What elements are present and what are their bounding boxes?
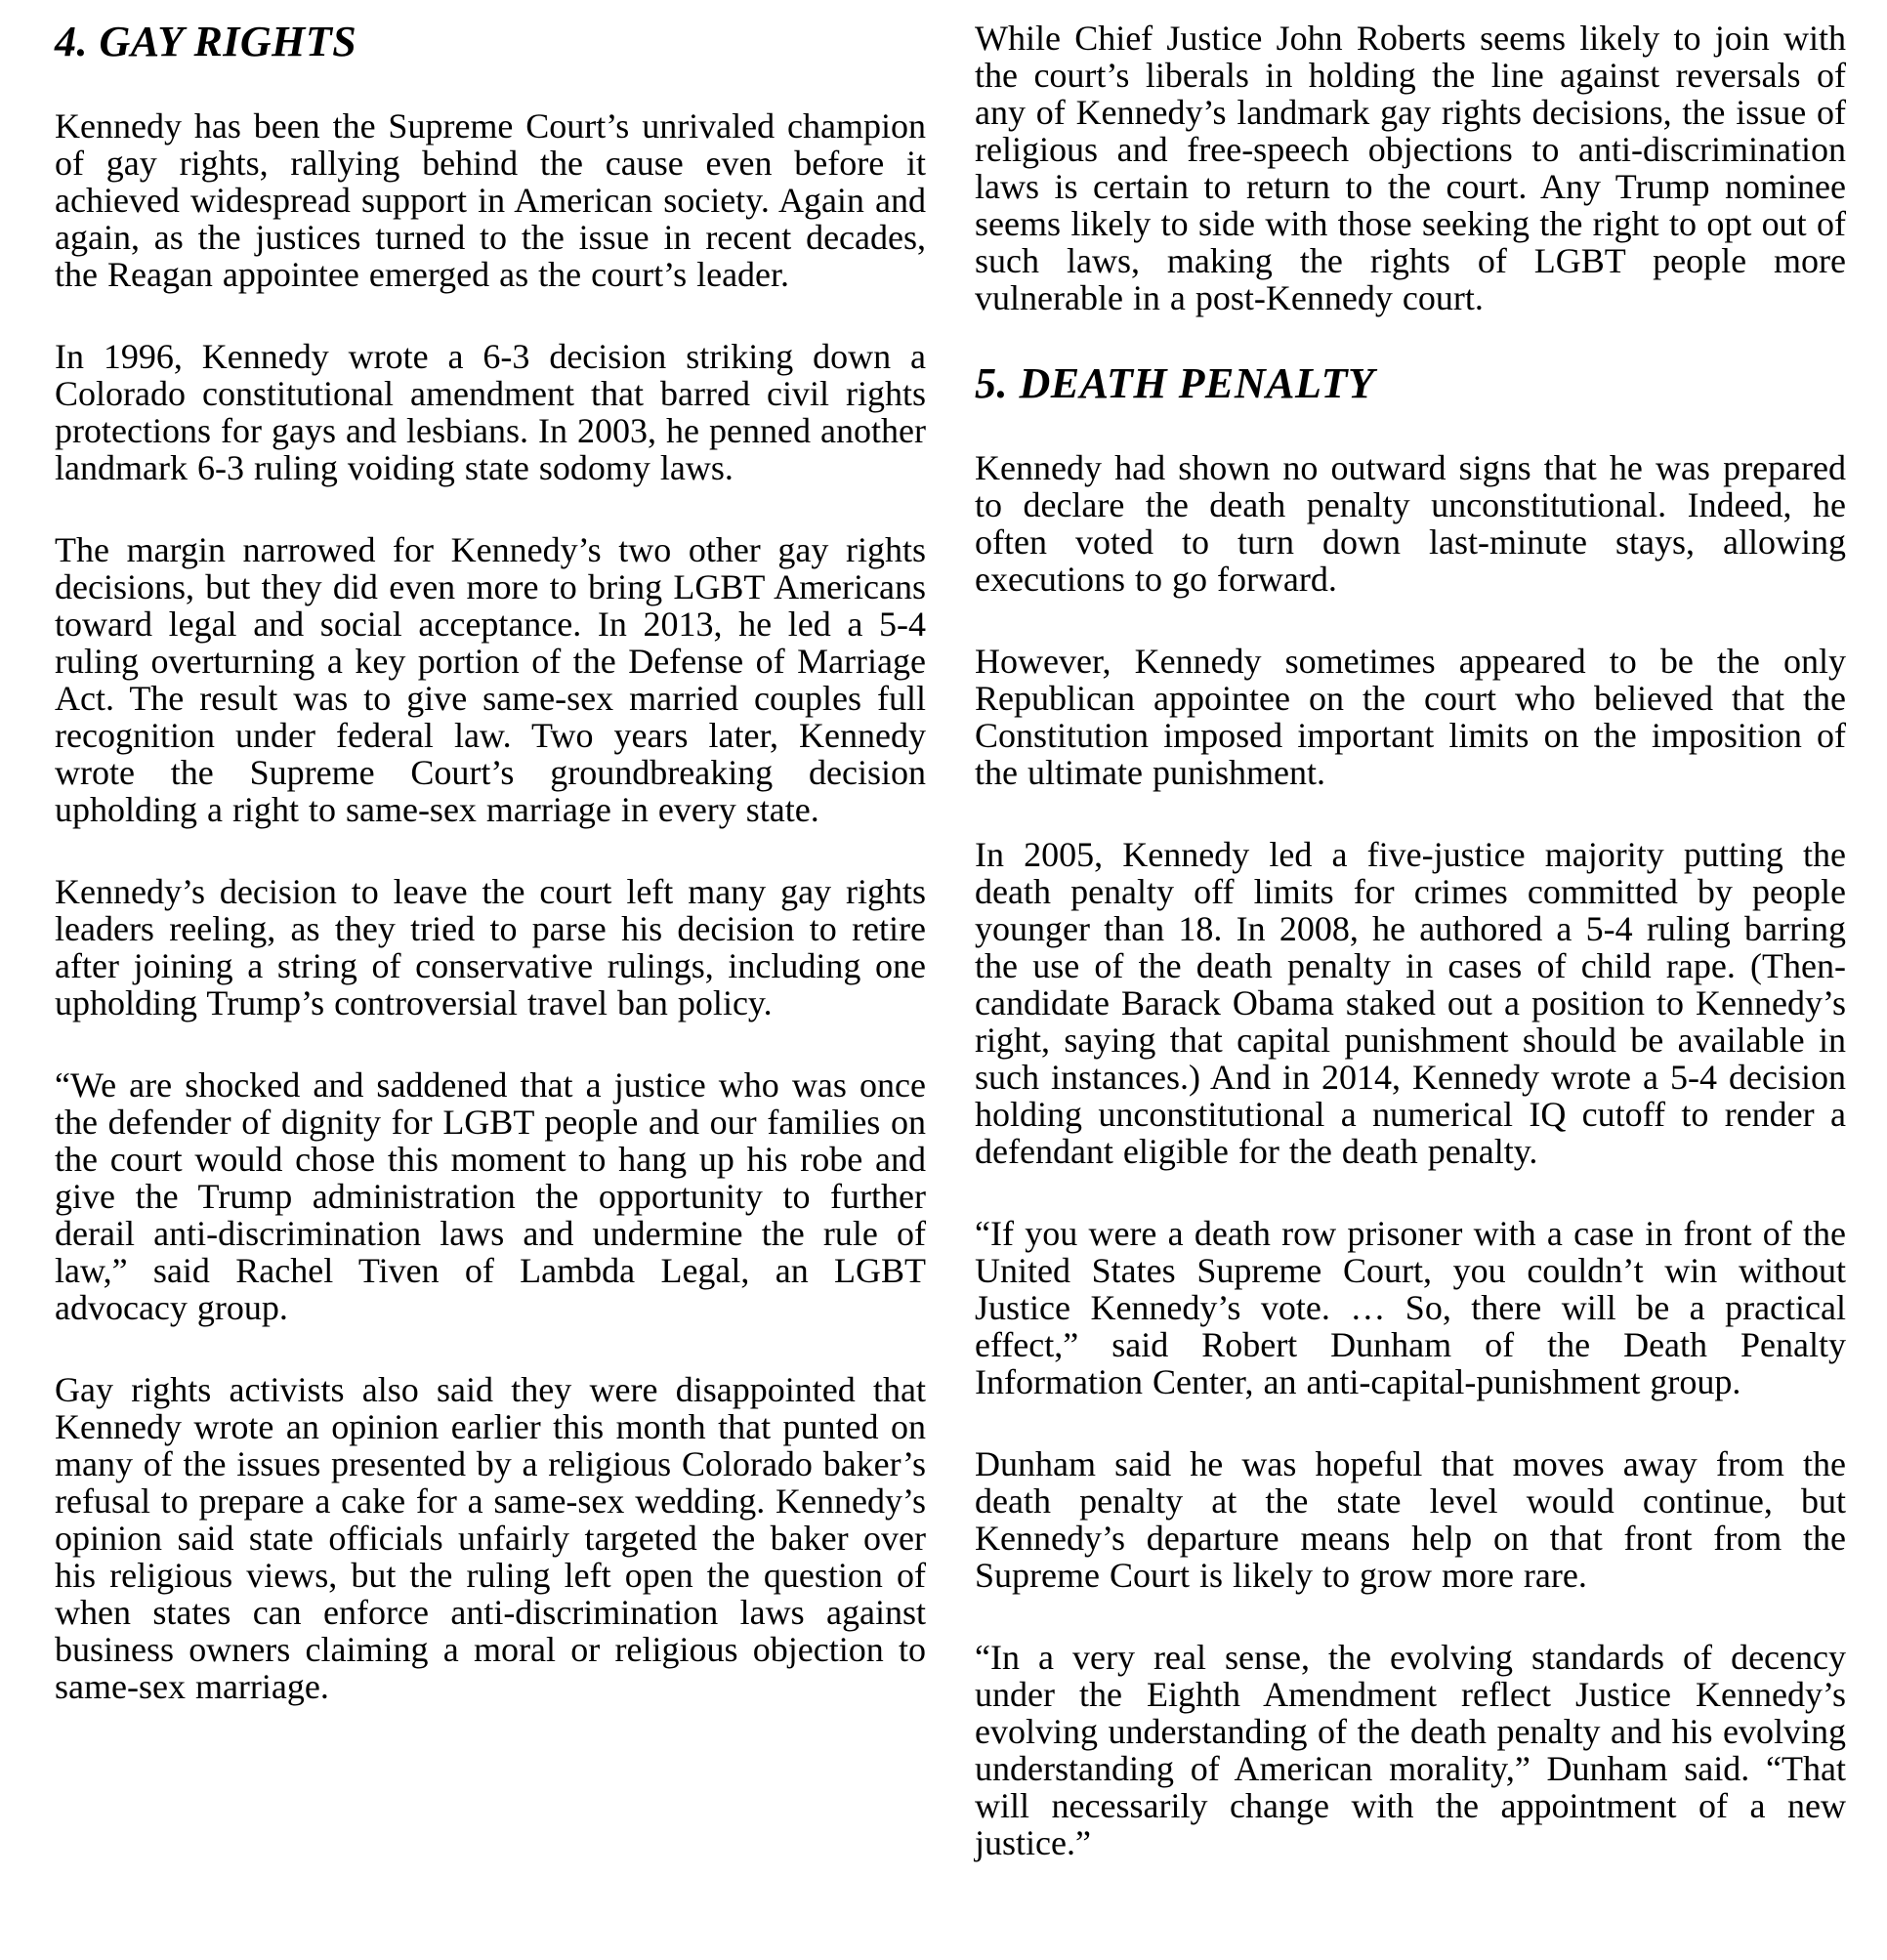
paragraph-death-penalty-5: Dunham said he was hopeful that moves aw… [975,1445,1846,1594]
article-page: 4. GAY RIGHTS Kennedy has been the Supre… [0,0,1887,1960]
paragraph-gay-rights-6: Gay rights activists also said they were… [55,1371,926,1705]
paragraph-gay-rights-2: In 1996, Kennedy wrote a 6-3 decision st… [55,338,926,486]
paragraph-death-penalty-3: In 2005, Kennedy led a five-justice majo… [975,836,1846,1170]
paragraph-gay-rights-3: The margin narrowed for Kennedy’s two ot… [55,531,926,828]
left-column: 4. GAY RIGHTS Kennedy has been the Supre… [55,20,926,1960]
paragraph-death-penalty-2: However, Kennedy sometimes appeared to b… [975,643,1846,791]
paragraph-gay-rights-7: While Chief Justice John Roberts seems l… [975,20,1846,316]
paragraph-death-penalty-4: “If you were a death row prisoner with a… [975,1215,1846,1400]
paragraph-gay-rights-4: Kennedy’s decision to leave the court le… [55,873,926,1022]
right-column: While Chief Justice John Roberts seems l… [975,20,1846,1960]
paragraph-gay-rights-1: Kennedy has been the Supreme Court’s unr… [55,107,926,293]
paragraph-gay-rights-5: “We are shocked and saddened that a just… [55,1066,926,1326]
section-heading-gay-rights: 4. GAY RIGHTS [55,20,926,64]
paragraph-death-penalty-6: “In a very real sense, the evolving stan… [975,1639,1846,1861]
paragraph-death-penalty-1: Kennedy had shown no outward signs that … [975,449,1846,598]
section-heading-death-penalty: 5. DEATH PENALTY [975,361,1846,406]
